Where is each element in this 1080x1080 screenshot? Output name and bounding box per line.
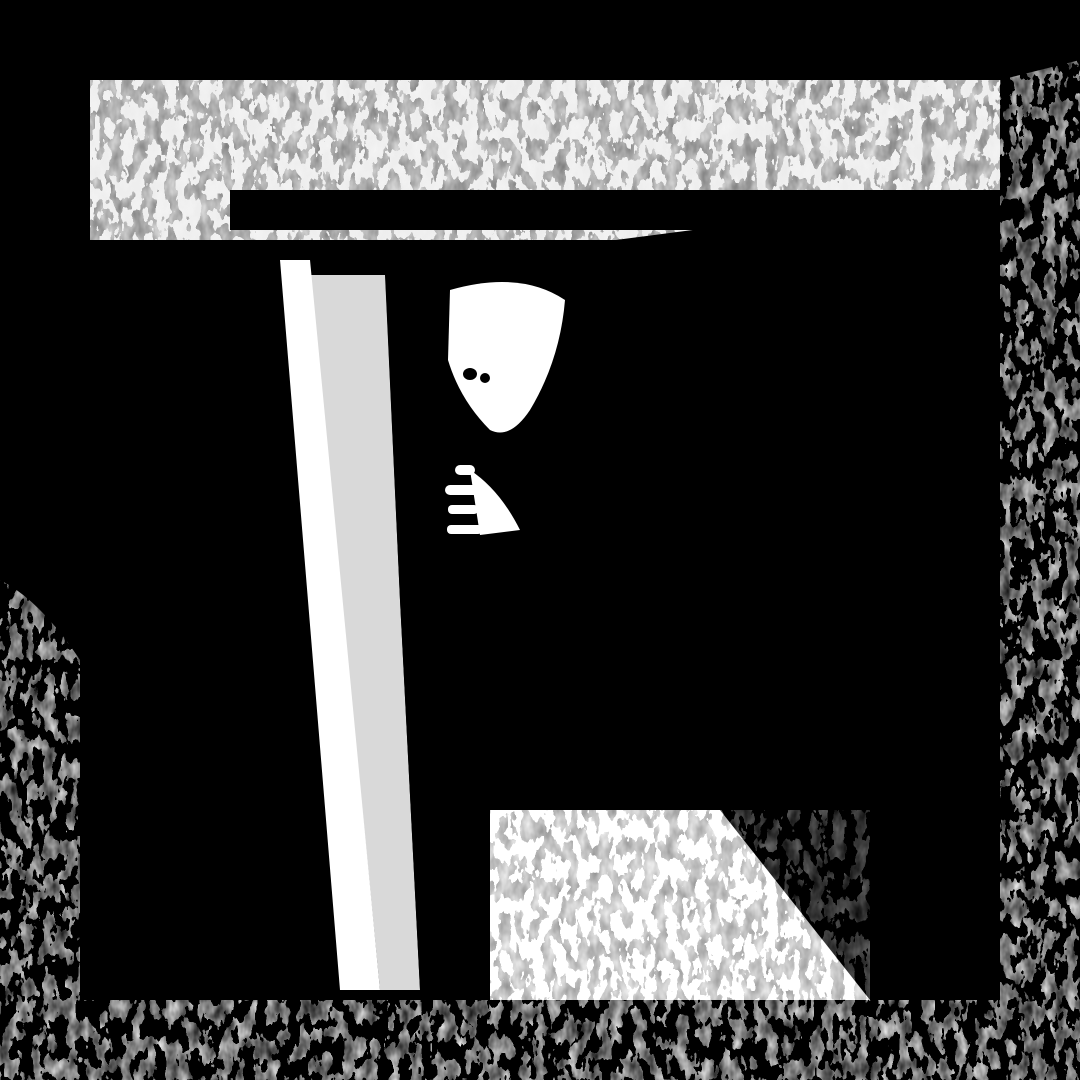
frame-border-top: [80, 70, 1010, 80]
eye-left: [463, 368, 477, 380]
eye-right: [480, 373, 490, 383]
artwork-svg: [0, 0, 1080, 1080]
artwork-canvas: [0, 0, 1080, 1080]
